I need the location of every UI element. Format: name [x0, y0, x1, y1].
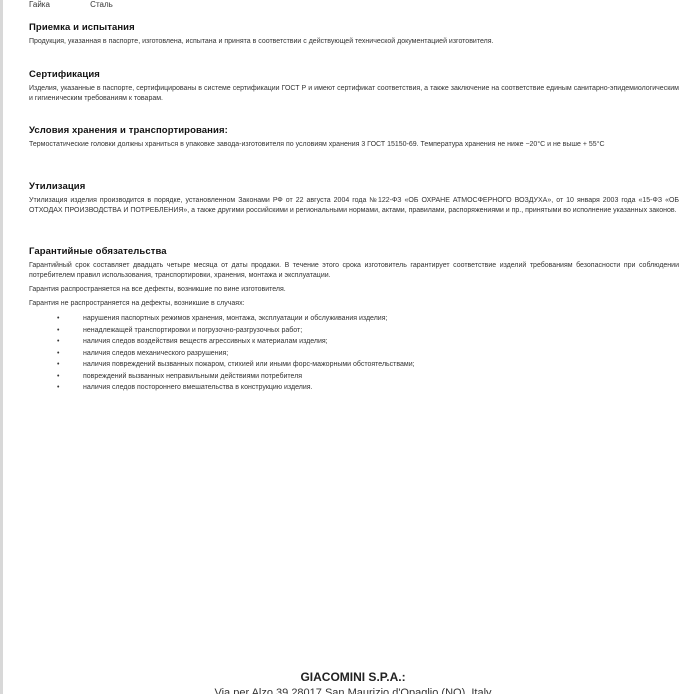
list-item: наличия повреждений вызванных пожаром, с…	[57, 359, 679, 371]
section-text: Термостатические головки должны хранитьс…	[29, 140, 679, 150]
section-certification: Сертификация Изделия, указанные в паспор…	[29, 69, 679, 108]
list-item: наличия следов постороннего вмешательств…	[57, 382, 679, 394]
list-item: наличия следов воздействия веществ агрес…	[57, 336, 679, 348]
company-address: Via per Alzo 39 28017 San Maurizio d'Opa…	[3, 687, 700, 694]
section-disposal: Утилизация Утилизация изделия производит…	[29, 181, 679, 220]
company-name: GIACOMINI S.P.A.:	[3, 670, 700, 684]
part-material: Сталь	[90, 0, 113, 9]
document-page: Гайка Сталь Приемка и испытания Продукци…	[0, 0, 700, 694]
warranty-exclusions-list: нарушения паспортных режимов хранения, м…	[29, 313, 679, 394]
table-row-remnant: Гайка Сталь	[29, 0, 113, 9]
section-title: Условия хранения и транспортирования:	[29, 125, 679, 136]
section-text: Изделия, указанные в паспорте, сертифици…	[29, 84, 679, 104]
list-item: нарушения паспортных режимов хранения, м…	[57, 313, 679, 325]
section-title: Приемка и испытания	[29, 22, 679, 33]
list-item: наличия следов механического разрушения;	[57, 348, 679, 360]
list-item: ненадлежащей транспортировки и погрузочн…	[57, 325, 679, 337]
part-name: Гайка	[29, 0, 50, 9]
warranty-term: Гарантийный срок составляет двадцать чет…	[29, 261, 679, 281]
section-title: Гарантийные обязательства	[29, 246, 679, 257]
warranty-scope: Гарантия распространяется на все дефекты…	[29, 285, 679, 295]
list-item: повреждений вызванных неправильными дейс…	[57, 371, 679, 383]
warranty-exclusions-intro: Гарантия не распространяется на дефекты,…	[29, 299, 679, 309]
section-text: Продукция, указанная в паспорте, изготов…	[29, 37, 679, 47]
section-storage: Условия хранения и транспортирования: Те…	[29, 125, 679, 154]
section-title: Сертификация	[29, 69, 679, 80]
section-title: Утилизация	[29, 181, 679, 192]
section-warranty: Гарантийные обязательства Гарантийный ср…	[29, 246, 679, 394]
section-acceptance: Приемка и испытания Продукция, указанная…	[29, 22, 679, 51]
section-text: Утилизация изделия производится в порядк…	[29, 196, 679, 216]
